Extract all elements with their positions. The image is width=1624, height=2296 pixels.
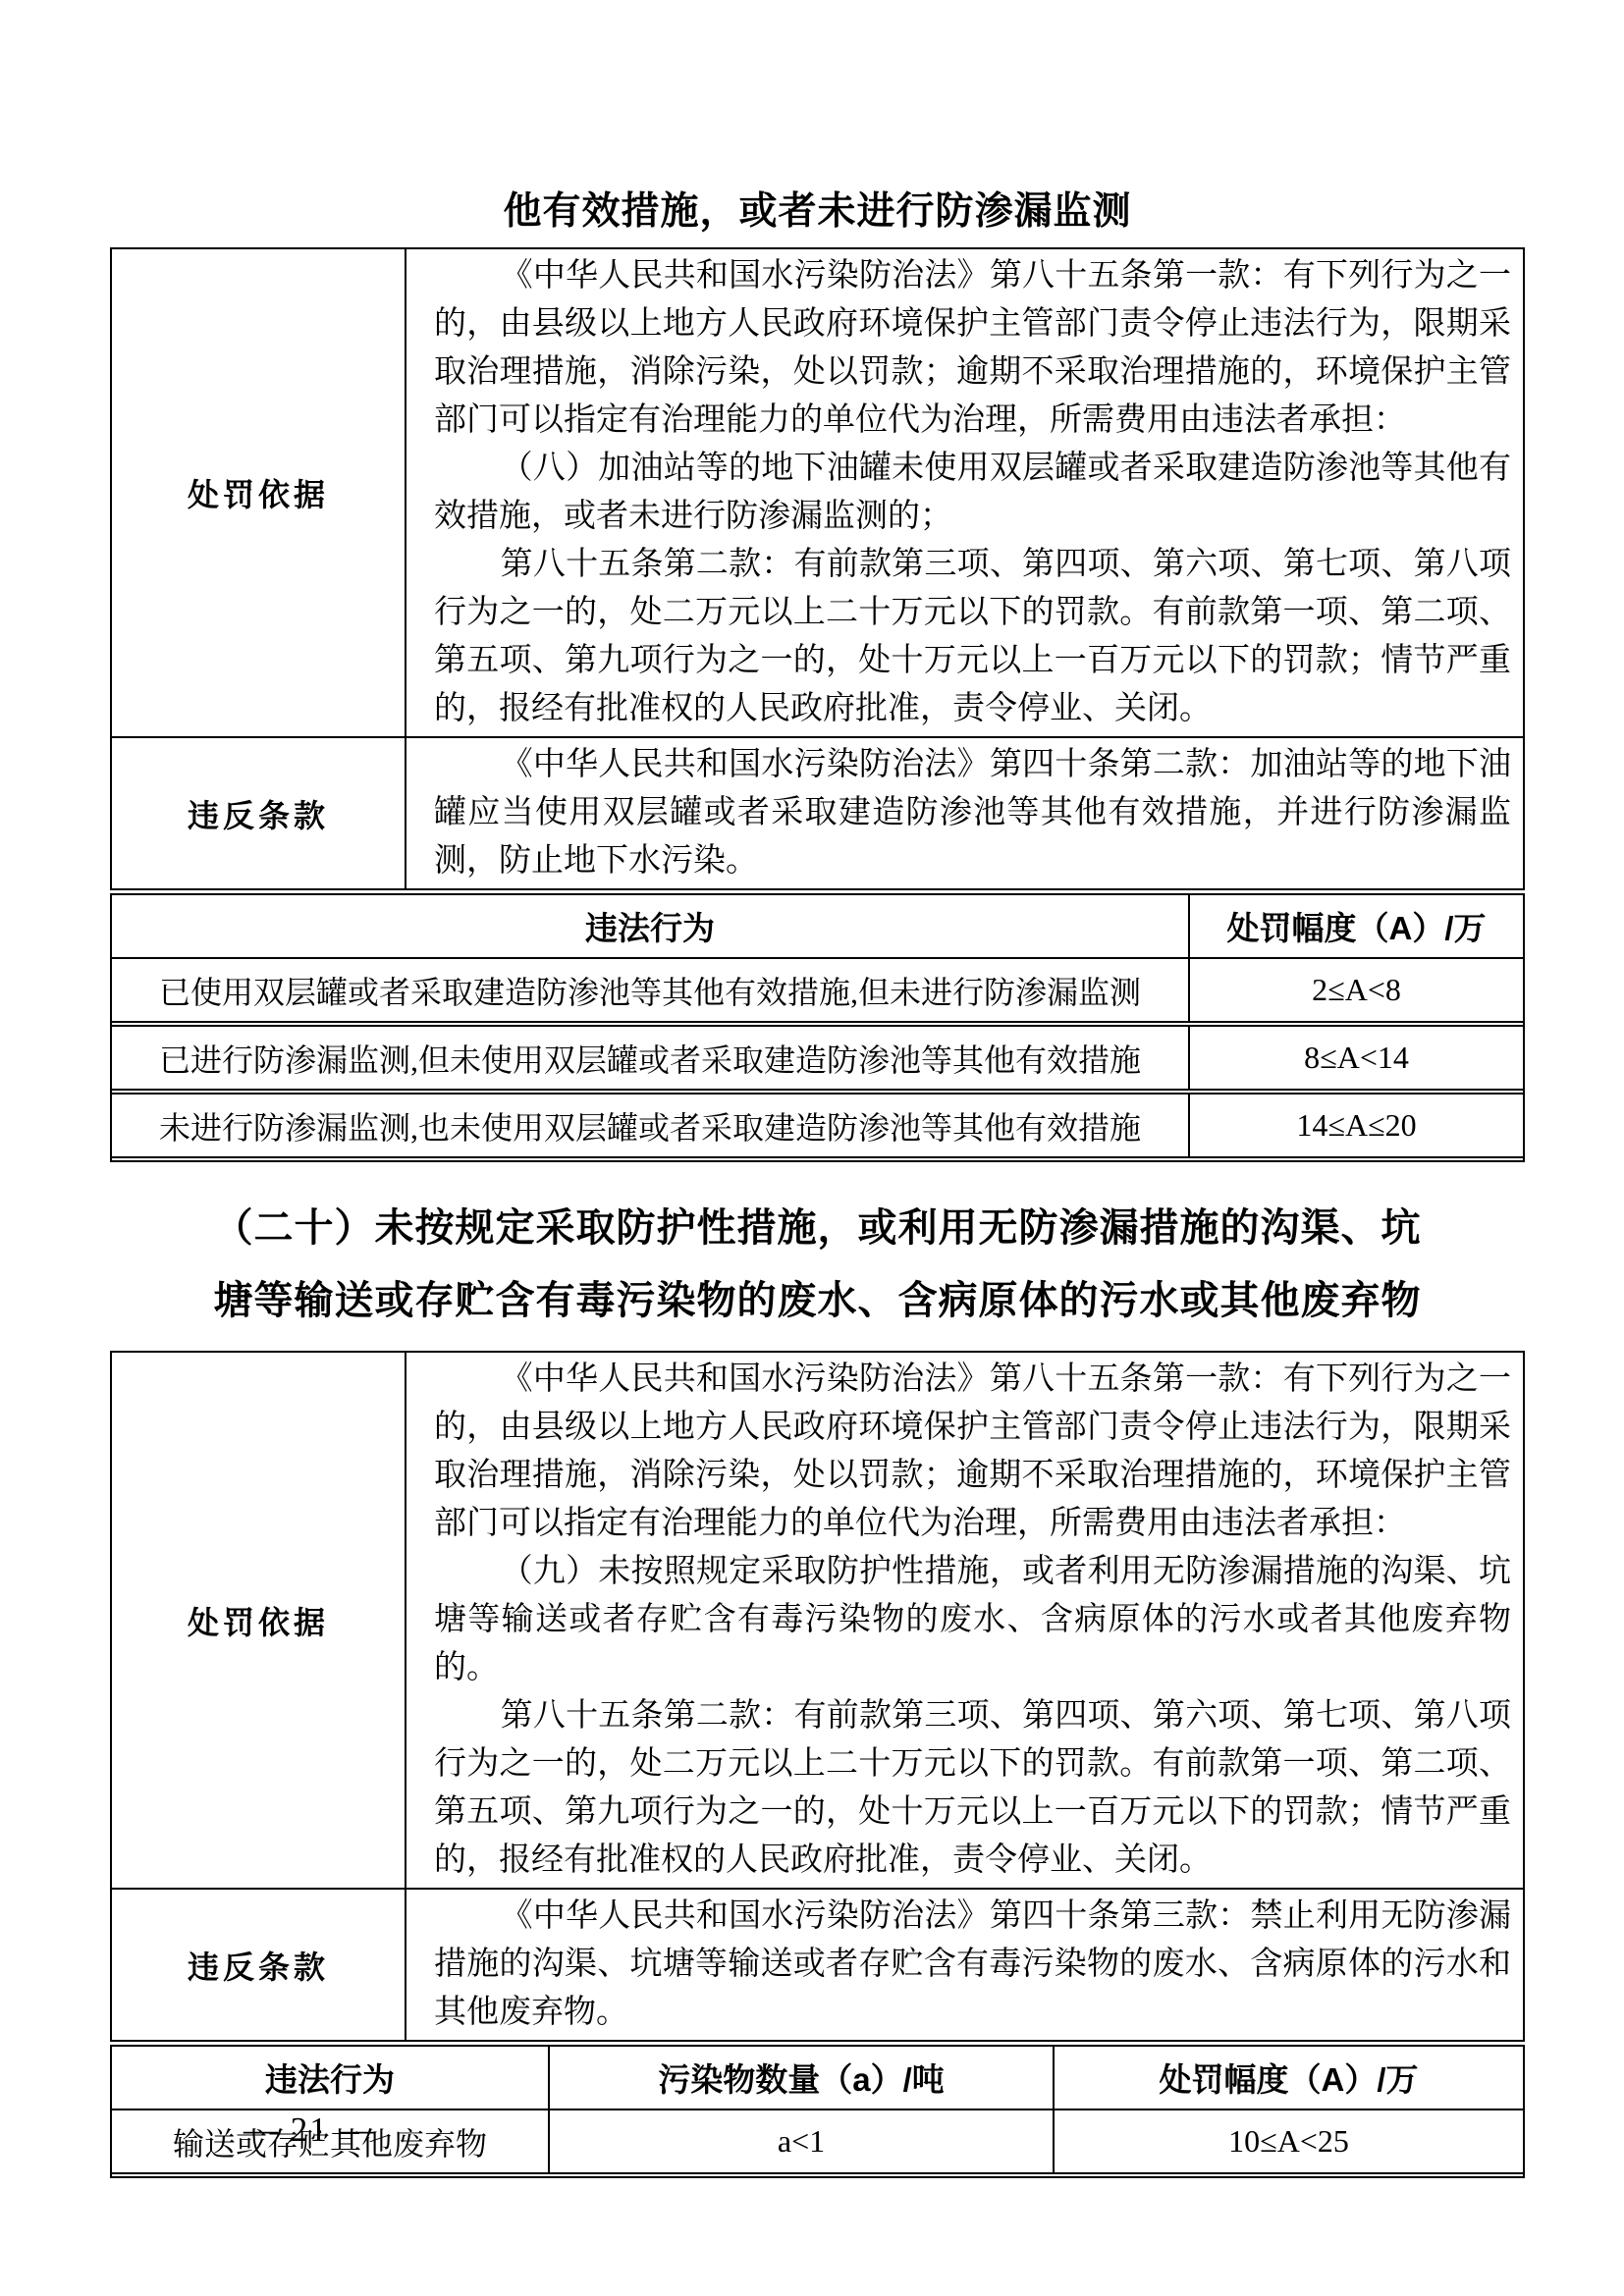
paragraph: （九）未按照规定采取防护性措施，或者利用无防渗漏措施的沟渠、坑塘等输送或者存贮含… <box>434 1548 1511 1692</box>
col-header-behavior: 违法行为 <box>112 2047 548 2109</box>
subtable-header-row: 违法行为 处罚幅度（A）/万 <box>112 893 1523 957</box>
section20-title-line2: 塘等输送或存贮含有毒污染物的废水、含病原体的污水或其他废弃物 <box>110 1264 1525 1337</box>
table-row: 未进行防渗漏监测,也未使用双层罐或者采取建造防渗池等其他有效措施 14≤A≤20 <box>112 1089 1523 1162</box>
penalty-basis-row: 处罚依据 《中华人民共和国水污染防治法》第八十五条第一款：有下列行为之一的，由县… <box>112 1353 1523 1888</box>
violation-clause-label: 违反条款 <box>112 738 406 888</box>
violation-clause-text: 《中华人民共和国水污染防治法》第四十条第二款：加油站等的地下油罐应当使用双层罐或… <box>406 738 1523 888</box>
page-content: 他有效措施，或者未进行防渗漏监测 处罚依据 《中华人民共和国水污染防治法》第八十… <box>110 0 1525 2178</box>
page-title: 他有效措施，或者未进行防渗漏监测 <box>110 188 1525 236</box>
paragraph: 《中华人民共和国水污染防治法》第四十条第三款：禁止利用无防渗漏措施的沟渠、坑塘等… <box>434 1893 1511 2037</box>
violation-clause-row: 违反条款 《中华人民共和国水污染防治法》第四十条第二款：加油站等的地下油罐应当使… <box>112 736 1523 888</box>
col-header-behavior: 违法行为 <box>112 895 1188 957</box>
table-row: 已进行防渗漏监测,但未使用双层罐或者采取建造防渗池等其他有效措施 8≤A<14 <box>112 1021 1523 1089</box>
paragraph: 第八十五条第二款：有前款第三项、第四项、第六项、第七项、第八项行为之一的，处二万… <box>434 541 1511 733</box>
paragraph: 第八十五条第二款：有前款第三项、第四项、第六项、第七项、第八项行为之一的，处二万… <box>434 1692 1511 1885</box>
behavior-cell: 已进行防渗漏监测,但未使用双层罐或者采取建造防渗池等其他有效措施 <box>112 1027 1188 1089</box>
subtable-header-row: 违法行为 污染物数量（a）/吨 处罚幅度（A）/万 <box>112 2045 1523 2109</box>
behavior-cell: 未进行防渗漏监测,也未使用双层罐或者采取建造防渗池等其他有效措施 <box>112 1095 1188 1156</box>
section19-penalty-subtable: 违法行为 处罚幅度（A）/万 已使用双层罐或者采取建造防渗池等其他有效措施,但未… <box>110 893 1525 1162</box>
violation-clause-label: 违反条款 <box>112 1890 406 2040</box>
penalty-basis-label: 处罚依据 <box>112 249 406 736</box>
section19-table: 处罚依据 《中华人民共和国水污染防治法》第八十五条第一款：有下列行为之一的，由县… <box>110 247 1525 890</box>
section20-title-line1: （二十）未按规定采取防护性措施，或利用无防渗漏措施的沟渠、坑 <box>110 1192 1525 1264</box>
penalty-cell: 8≤A<14 <box>1188 1027 1523 1089</box>
col-header-penalty: 处罚幅度（A）/万 <box>1053 2047 1523 2109</box>
paragraph: 《中华人民共和国水污染防治法》第四十条第二款：加油站等的地下油罐应当使用双层罐或… <box>434 741 1511 885</box>
penalty-basis-label: 处罚依据 <box>112 1353 406 1888</box>
table-row: 已使用双层罐或者采取建造防渗池等其他有效措施,但未进行防渗漏监测 2≤A<8 <box>112 957 1523 1021</box>
page-number: — 21 — <box>244 2110 376 2150</box>
paragraph: （八）加油站等的地下油罐未使用双层罐或者采取建造防渗池等其他有效措施，或者未进行… <box>434 445 1511 541</box>
section20-title: （二十）未按规定采取防护性措施，或利用无防渗漏措施的沟渠、坑 塘等输送或存贮含有… <box>110 1192 1525 1337</box>
penalty-cell: 10≤A<25 <box>1053 2110 1523 2172</box>
paragraph: 《中华人民共和国水污染防治法》第八十五条第一款：有下列行为之一的，由县级以上地方… <box>434 1356 1511 1548</box>
penalty-basis-text: 《中华人民共和国水污染防治法》第八十五条第一款：有下列行为之一的，由县级以上地方… <box>406 249 1523 736</box>
penalty-basis-row: 处罚依据 《中华人民共和国水污染防治法》第八十五条第一款：有下列行为之一的，由县… <box>112 249 1523 736</box>
behavior-cell: 已使用双层罐或者采取建造防渗池等其他有效措施,但未进行防渗漏监测 <box>112 959 1188 1021</box>
document-page: 他有效措施，或者未进行防渗漏监测 处罚依据 《中华人民共和国水污染防治法》第八十… <box>0 0 1624 2296</box>
penalty-cell: 2≤A<8 <box>1188 959 1523 1021</box>
penalty-cell: 14≤A≤20 <box>1188 1095 1523 1156</box>
subtable-body: 已使用双层罐或者采取建造防渗池等其他有效措施,但未进行防渗漏监测 2≤A<8 已… <box>112 957 1523 1162</box>
col-header-quantity: 污染物数量（a）/吨 <box>548 2047 1053 2109</box>
quantity-cell: a<1 <box>548 2110 1053 2172</box>
violation-clause-row: 违反条款 《中华人民共和国水污染防治法》第四十条第三款：禁止利用无防渗漏措施的沟… <box>112 1888 1523 2040</box>
paragraph: 《中华人民共和国水污染防治法》第八十五条第一款：有下列行为之一的，由县级以上地方… <box>434 252 1511 445</box>
penalty-basis-text: 《中华人民共和国水污染防治法》第八十五条第一款：有下列行为之一的，由县级以上地方… <box>406 1353 1523 1888</box>
col-header-penalty: 处罚幅度（A）/万 <box>1188 895 1523 957</box>
section20-table: 处罚依据 《中华人民共和国水污染防治法》第八十五条第一款：有下列行为之一的，由县… <box>110 1351 1525 2042</box>
violation-clause-text: 《中华人民共和国水污染防治法》第四十条第三款：禁止利用无防渗漏措施的沟渠、坑塘等… <box>406 1890 1523 2040</box>
